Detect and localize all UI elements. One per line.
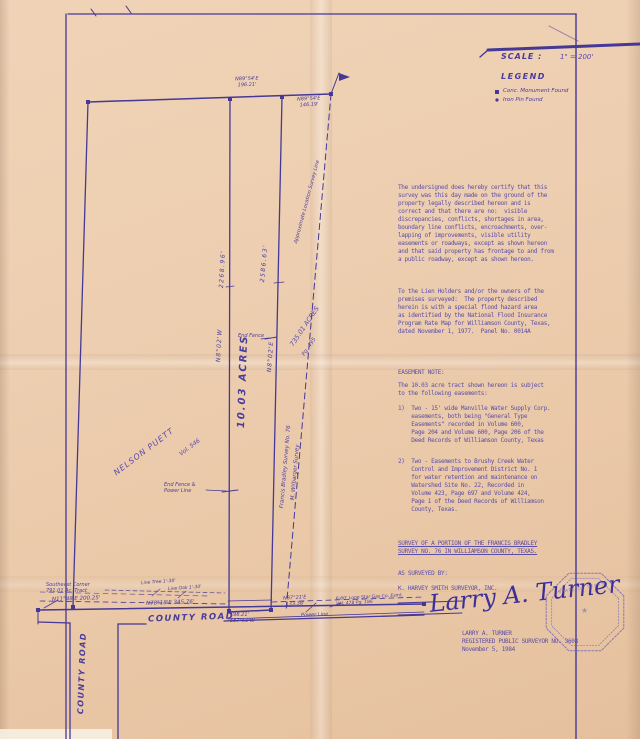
se-corner-note: Southeast Corner 791.01 Ac. Tract	[46, 583, 90, 595]
flood-note-paragraph: To the Lien Holders and/or the owners of…	[398, 288, 550, 336]
easement-note-title: EASEMENT NOTE:	[398, 369, 444, 377]
legend-item-iron-pin: Iron Pin Found	[503, 97, 543, 103]
surveyor-name-typed: LARRY A. TURNER	[462, 630, 512, 638]
strip-south-bearing: N87°21'E 133.38'	[278, 595, 313, 609]
easement-intro: The 10.03 acre tract shown hereon is sub…	[398, 382, 544, 398]
bearing-label-top-left: N89°54'E 196.21'	[222, 76, 272, 90]
scanned-survey-plat: { "document": { "scale": { "label": "SCA…	[0, 0, 640, 739]
survey-title: SURVEY OF A PORTION OF THE FRANCIS BRADL…	[398, 540, 537, 556]
tract-boundary-lines	[73, 94, 331, 612]
easement-item-2: 2) Two - Easements to Brushy Creek Water…	[398, 458, 544, 514]
conc-monument-icon	[495, 90, 499, 94]
scale-value: 1" = 200'	[560, 53, 593, 61]
as-surveyed-by-label: AS SURVEYED BY:	[398, 570, 448, 578]
survey-date: November 5, 1984	[462, 646, 515, 654]
easement-item-1: 1) Two - 15' wide Manville Water Supply …	[398, 405, 550, 445]
certification-paragraph: The undersigned does hereby certify that…	[398, 184, 554, 264]
monument-markers	[36, 92, 426, 613]
end-fence-label: End Fence	[238, 334, 264, 340]
end-fence-power-label: End Fence & Power Line	[164, 483, 196, 495]
iron-pin-icon	[495, 98, 498, 101]
legend-item-monument: Conc. Monument Found	[503, 88, 568, 94]
flag-marker	[331, 73, 350, 94]
scale-label: SCALE :	[501, 52, 542, 61]
power-line-label: Power Line	[301, 613, 329, 620]
road-frontage-label: 198.21' S87°51'W	[230, 613, 255, 625]
legend-symbols	[495, 90, 499, 102]
legend-title: LEGEND	[501, 72, 546, 81]
plat-drawing	[0, 0, 640, 739]
surveyor-title-typed: REGISTERED PUBLIC SURVEYOR NO. 3608	[462, 638, 578, 646]
seal-star-icon: ★	[581, 606, 588, 615]
